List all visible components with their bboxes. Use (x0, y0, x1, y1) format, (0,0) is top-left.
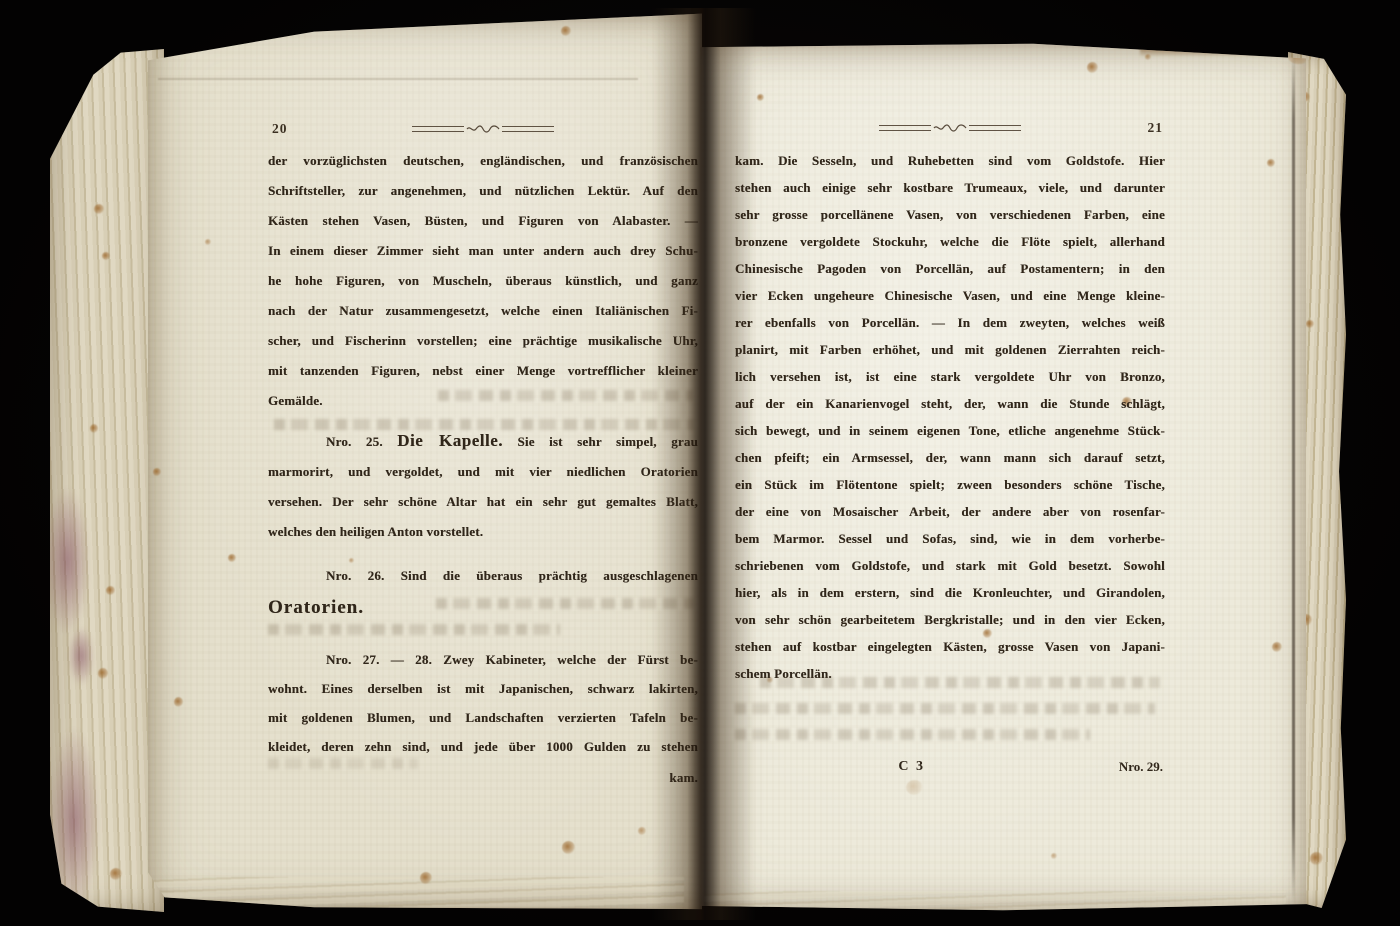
edge-stain (44, 486, 90, 636)
foxing-spot (98, 668, 108, 679)
text-line: chen pfeift; ein Armsessel, der, wann ma… (735, 444, 1165, 471)
text-line: Nro. 25. Die Kapelle. Sie ist sehr simpe… (268, 426, 698, 457)
show-through-ghost-text (274, 419, 694, 430)
text-line: der eine von Mosaischer Arbeit, der ande… (735, 498, 1165, 525)
text-line: bem Marmor. Sessel und Sofas, sind, wie … (735, 525, 1165, 552)
text-line: scher, und Fischerinn vorstellen; eine p… (268, 326, 698, 356)
paragraph: der vorzüglichsten deutschen, engländisc… (268, 146, 698, 416)
text-line: planirt, mit Farben erhöhet, und mit gol… (735, 336, 1165, 363)
foxing-spot (310, 19, 316, 25)
text-line: rer ebenfalls von Porcellän. — In dem zw… (735, 309, 1165, 336)
bottom-sheet-edges (704, 891, 1286, 909)
foxing-spot (110, 868, 122, 880)
text-line: In einem dieser Zimmer sieht man unter a… (268, 236, 698, 266)
foxing-spot (174, 697, 183, 707)
foxing-spot (90, 424, 98, 433)
text-line: he hohe Figuren, von Muscheln, überaus k… (268, 266, 698, 296)
foxing-spot (94, 204, 104, 214)
edge-stain (68, 626, 94, 686)
text-line: stehen auf kostbar eingelegten Kästen, g… (735, 633, 1165, 660)
show-through-ghost-text (438, 390, 693, 401)
show-through-ghost-text (436, 598, 694, 609)
paragraph-lines: marmorirt, und vergoldet, und mit vier n… (268, 457, 698, 547)
text-line: von sehr schön gearbeitetem Bergkristall… (735, 606, 1165, 633)
foxing-spot (420, 872, 432, 884)
text-line: Kästen stehen Vasen, Büsten, und Figuren… (268, 206, 698, 236)
text-line: mit tanzenden Figuren, nebst einer Menge… (268, 356, 698, 386)
header-rule-ornament-icon (879, 123, 1021, 133)
paper-crease (1292, 51, 1295, 904)
show-through-ghost-text (268, 758, 418, 769)
text-line: kam. Die Sesseln, und Ruhebetten sind vo… (735, 147, 1165, 174)
foxing-spot (102, 252, 110, 260)
paper-crease (158, 78, 638, 80)
foxing-spot (1310, 852, 1323, 865)
text-line: kleidet, deren zehn sind, und jede über … (268, 732, 698, 761)
show-through-ghost-text (735, 703, 1155, 714)
show-through-ghost-text (268, 624, 560, 635)
show-through-ghost-text (735, 729, 1090, 740)
rule-segment (412, 126, 464, 132)
text-line: schriebenen vom Goldstofe, und stark mit… (735, 552, 1165, 579)
paragraph: Nro. 26. Sind die überaus prächtig ausge… (268, 561, 698, 625)
foxing-spot (1267, 159, 1275, 167)
foxing-spot (153, 468, 161, 476)
text-line: stehen auch einige sehr kostbare Trumeau… (735, 174, 1165, 201)
paragraph: Nro. 25. Die Kapelle. Sie ist sehr simpe… (268, 426, 698, 547)
header-rule-ornament-icon (412, 124, 554, 134)
left-page-text: der vorzüglichsten deutschen, engländisc… (268, 146, 698, 814)
rule-segment (879, 125, 931, 131)
page-header: 21 (735, 119, 1165, 141)
rule-segment (502, 126, 554, 132)
text-line: der vorzüglichsten deutschen, engländisc… (268, 146, 698, 176)
text-line: Nro. 26. Sind die überaus prächtig ausge… (268, 561, 698, 591)
right-page: 21 kam. Die Sesseln, und Ruhebetten sind… (700, 42, 1306, 912)
foxing-spot (1272, 642, 1282, 652)
text-line: marmorirt, und vergoldet, und mit vier n… (268, 457, 698, 487)
foxing-spot (757, 94, 764, 101)
text-line: hier, als in dem erstern, sind die Kronl… (735, 579, 1165, 606)
book-scan-photo: 20 der vorzüglichsten deutschen, engländ… (0, 0, 1400, 926)
page-header: 20 (268, 120, 698, 142)
show-through-ghost-text (760, 677, 1160, 688)
catchword: Nro. 29. (1119, 759, 1163, 775)
paragraph: kam. Die Sesseln, und Ruhebetten sind vo… (735, 147, 1165, 687)
foxing-spot (1087, 62, 1098, 73)
text-line: ein Stück im Flötentone spielt; zween be… (735, 471, 1165, 498)
page-number-right: 21 (1148, 120, 1164, 136)
text-line: versehen. Der sehr schöne Altar hat ein … (268, 487, 698, 517)
foxing-spot (228, 554, 236, 562)
left-page: 20 der vorzüglichsten deutschen, engländ… (148, 10, 702, 910)
edge-stain (48, 726, 100, 916)
signature-mark: C 3 (898, 759, 925, 775)
foxing-spot (561, 26, 571, 36)
page-edge-stack-left (50, 26, 164, 912)
page-number-left: 20 (272, 121, 288, 137)
bottom-sheet-edges (152, 877, 684, 907)
section-title: Die Kapelle. (397, 431, 503, 450)
text-line: Chinesische Pagoden von Porcellän, auf P… (735, 255, 1165, 282)
text-line: lich versehen ist, ist eine stark vergol… (735, 363, 1165, 390)
foxing-spot (638, 827, 646, 835)
foxing-spot (1145, 54, 1151, 60)
page-footer: C 3 Nro. 29. (735, 759, 1165, 783)
foxing-spot (1051, 853, 1057, 859)
rule-segment (969, 125, 1021, 131)
right-page-text: kam. Die Sesseln, und Ruhebetten sind vo… (735, 147, 1165, 827)
foxing-spot (106, 586, 115, 595)
paragraph: Nro. 27. — 28. Zwey Kabineter, welche de… (268, 645, 698, 761)
text-line: wohnt. Eines derselben ist mit Japanisch… (268, 674, 698, 703)
text-line: nach der Natur zusammengesetzt, welche e… (268, 296, 698, 326)
text-line: mit goldenen Blumen, und Landschaften ve… (268, 703, 698, 732)
text-line: vier Ecken ungeheure Chinesische Vasen, … (735, 282, 1165, 309)
text-line: auf der ein Kanarienvogel steht, der, wa… (735, 390, 1165, 417)
text-fragment: Sie ist sehr simpel, grau (517, 434, 698, 449)
foxing-spot (205, 239, 211, 245)
text-line: Nro. 27. — 28. Zwey Kabineter, welche de… (268, 645, 698, 674)
foxing-spot (562, 841, 575, 854)
edge-stain (1140, 48, 1310, 57)
foxing-spot (1306, 320, 1314, 328)
section-number: Nro. 25. (326, 434, 383, 449)
scroll-squiggle-icon (466, 124, 500, 134)
text-line: bronzene vergoldete Stockuhr, welche die… (735, 228, 1165, 255)
text-line: welches den heiligen Anton vorstellet. (268, 517, 698, 547)
text-line: sich bewegt, und in seinem eigenen Tone,… (735, 417, 1165, 444)
text-line: sehr grosse porcellänene Vasen, von vers… (735, 201, 1165, 228)
scroll-squiggle-icon (933, 123, 967, 133)
text-line: Schriftsteller, zur angenehmen, und nütz… (268, 176, 698, 206)
